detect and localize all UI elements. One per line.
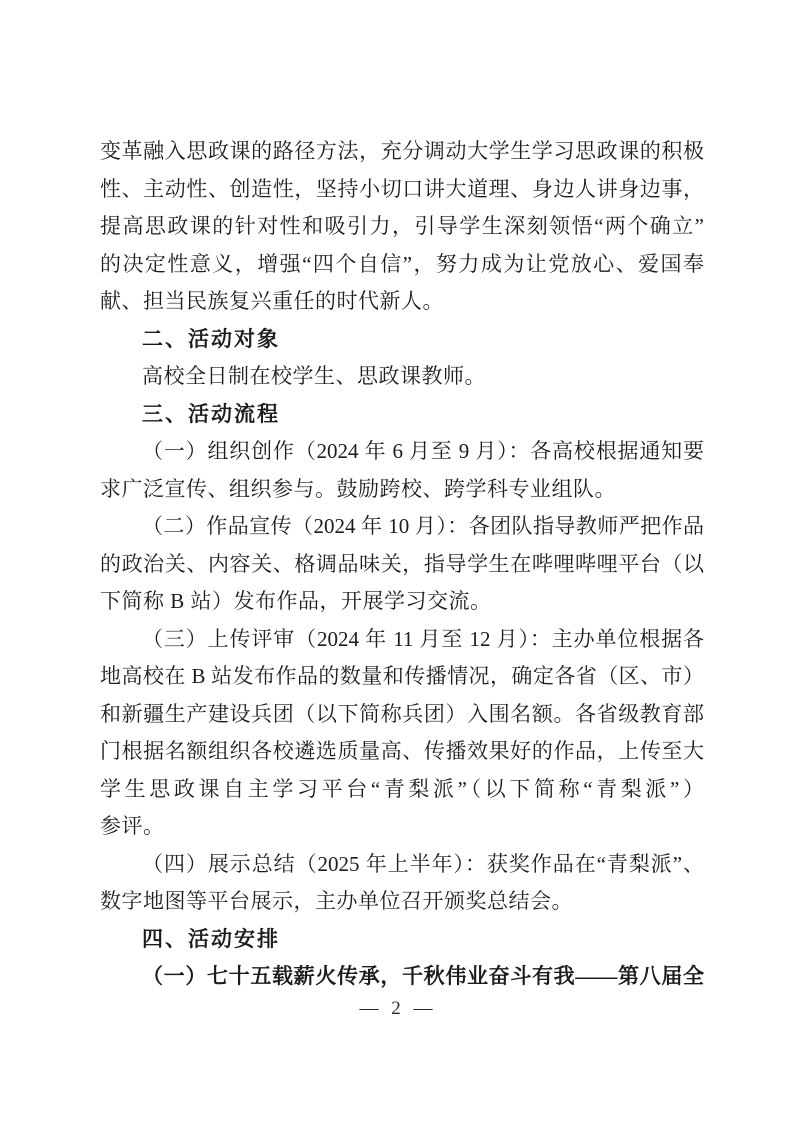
text-line: 性、主动性、创造性，坚持小切口讲大道理、身边人讲身边事，	[100, 171, 704, 209]
text-line: 提高思政课的针对性和吸引力，引导学生深刻领悟“两个确立”	[100, 208, 704, 246]
page-number-footer: — 2 —	[0, 996, 793, 1022]
text-line: （三）上传评审（2024 年 11 月至 12 月）：主办单位根据各	[100, 621, 704, 659]
text-line: 的决定性意义，增强“四个自信”，努力成为让党放心、爱国奉	[100, 246, 704, 284]
text-line: 献、担当民族复兴重任的时代新人。	[100, 283, 704, 321]
text-line: （二）作品宣传（2024 年 10 月）：各团队指导教师严把作品	[100, 508, 704, 546]
text-line: 学生思政课自主学习平台“青梨派”（以下简称“青梨派”）	[100, 771, 704, 809]
document-page: 变革融入思政课的路径方法，充分调动大学生学习思政课的积极性、主动性、创造性，坚持…	[0, 0, 793, 1122]
section-heading: 三、活动流程	[100, 396, 704, 434]
text-line: 地高校在 B 站发布作品的数量和传播情况，确定各省（区、市）	[100, 658, 704, 696]
text-line: 参评。	[100, 808, 704, 846]
text-line: 和新疆生产建设兵团（以下简称兵团）入围名额。各省级教育部	[100, 696, 704, 734]
text-line: （一）组织创作（2024 年 6 月至 9 月）：各高校根据通知要	[100, 433, 704, 471]
text-line: 门根据名额组织各校遴选质量高、传播效果好的作品，上传至大	[100, 733, 704, 771]
section-heading: 四、活动安排	[100, 921, 704, 959]
text-line: 变革融入思政课的路径方法，充分调动大学生学习思政课的积极	[100, 133, 704, 171]
text-line: （四）展示总结（2025 年上半年）：获奖作品在“青梨派”、	[100, 846, 704, 884]
text-line: 求广泛宣传、组织参与。鼓励跨校、跨学科专业组队。	[100, 471, 704, 509]
text-line: （一）七十五载薪火传承，千秋伟业奋斗有我——第八届全	[100, 958, 704, 996]
text-line: 下简称 B 站）发布作品，开展学习交流。	[100, 583, 704, 621]
document-lines: 变革融入思政课的路径方法，充分调动大学生学习思政课的积极性、主动性、创造性，坚持…	[100, 133, 704, 996]
text-line: 高校全日制在校学生、思政课教师。	[100, 358, 704, 396]
text-line: 的政治关、内容关、格调品味关，指导学生在哔哩哔哩平台（以	[100, 546, 704, 584]
section-heading: 二、活动对象	[100, 321, 704, 359]
text-line: 数字地图等平台展示，主办单位召开颁奖总结会。	[100, 883, 704, 921]
